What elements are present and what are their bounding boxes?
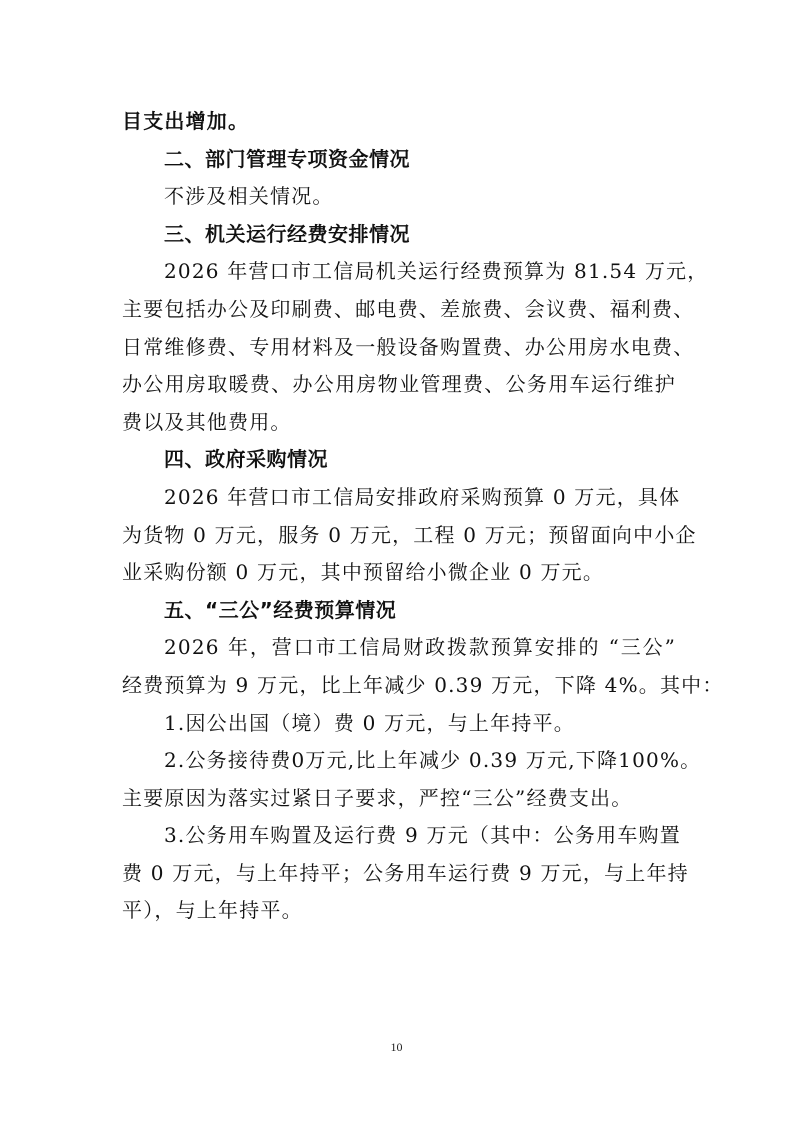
section-heading: 四、政府采购情况 bbox=[122, 441, 676, 479]
paragraph-line: 办公用房取暖费、办公用房物业管理费、公务用车运行维护 bbox=[122, 366, 676, 404]
continuation-line: 目支出增加。 bbox=[122, 103, 676, 141]
section-heading: 三、机关运行经费安排情况 bbox=[122, 216, 676, 254]
paragraph-line: 平），与上年持平。 bbox=[122, 892, 676, 930]
list-item-reception: 2.公务接待费0万元,比上年减少 0.39 万元,下降100%。 bbox=[122, 742, 676, 780]
section-dept-special-funds: 二、部门管理专项资金情况 不涉及相关情况。 bbox=[122, 141, 676, 216]
section-three-public-expenses: 五、“三公”经费预算情况 2026 年，营口市工信局财政拨款预算安排的 “三公”… bbox=[122, 592, 676, 930]
paragraph-line: 2026 年营口市工信局机关运行经费预算为 81.54 万元， bbox=[122, 253, 676, 291]
paragraph-line: 2026 年营口市工信局安排政府采购预算 0 万元，具体 bbox=[122, 479, 676, 517]
section-operating-expenses: 三、机关运行经费安排情况 2026 年营口市工信局机关运行经费预算为 81.54… bbox=[122, 216, 676, 442]
paragraph-line: 费 0 万元，与上年持平；公务用车运行费 9 万元，与上年持 bbox=[122, 855, 676, 893]
paragraph-line: 为货物 0 万元，服务 0 万元，工程 0 万元；预留面向中小企 bbox=[122, 517, 676, 555]
paragraph-line: 主要原因为落实过紧日子要求，严控“三公”经费支出。 bbox=[122, 780, 676, 818]
paragraph-line: 不涉及相关情况。 bbox=[122, 178, 676, 216]
section-government-procurement: 四、政府采购情况 2026 年营口市工信局安排政府采购预算 0 万元，具体 为货… bbox=[122, 441, 676, 591]
paragraph-line: 费以及其他费用。 bbox=[122, 404, 676, 442]
document-page: 目支出增加。 二、部门管理专项资金情况 不涉及相关情况。 三、机关运行经费安排情… bbox=[122, 103, 676, 930]
list-item-overseas-travel: 1.因公出国（境）费 0 万元，与上年持平。 bbox=[122, 705, 676, 743]
paragraph-line: 2026 年，营口市工信局财政拨款预算安排的 “三公” bbox=[122, 629, 676, 667]
page-number: 10 bbox=[0, 1040, 793, 1055]
section-heading: 五、“三公”经费预算情况 bbox=[122, 592, 676, 630]
paragraph-line: 业采购份额 0 万元，其中预留给小微企业 0 万元。 bbox=[122, 554, 676, 592]
paragraph-line: 日常维修费、专用材料及一般设备购置费、办公用房水电费、 bbox=[122, 329, 676, 367]
section-heading: 二、部门管理专项资金情况 bbox=[122, 141, 676, 179]
paragraph-line: 经费预算为 9 万元，比上年减少 0.39 万元，下降 4%。其中： bbox=[122, 667, 676, 705]
list-item-vehicles: 3.公务用车购置及运行费 9 万元（其中：公务用车购置 bbox=[122, 817, 676, 855]
paragraph-line: 主要包括办公及印刷费、邮电费、差旅费、会议费、福利费、 bbox=[122, 291, 676, 329]
